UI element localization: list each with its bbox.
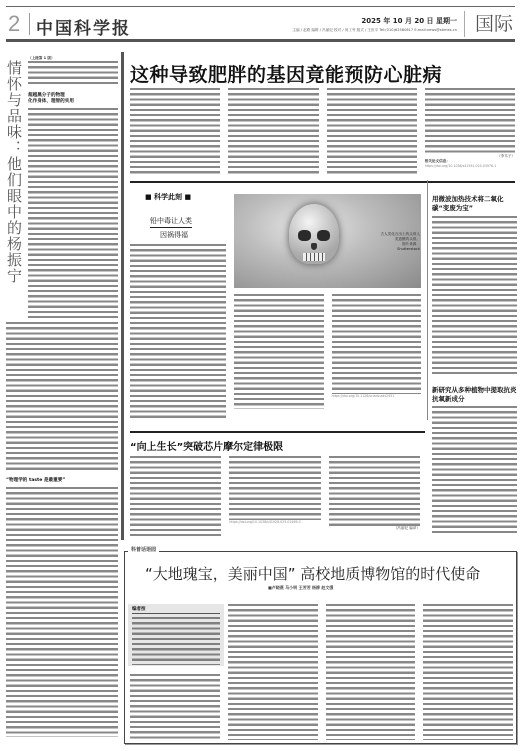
science-moment-body-2: https://doi.org/10.1126/sciadv.adv2451 — [234, 294, 421, 409]
sidebar-headline-1: 用微波加热技术将二氧化碳“变废为宝” — [432, 195, 520, 213]
editor-credits: 主编 / 赵路 编辑 / 冯丽妃 校对 / 何工劳 版式 / 王世平 Tel:(… — [292, 28, 457, 33]
chip-story-body: https://doi.org/10.1038/s41928-025-01469… — [130, 456, 420, 536]
lead-story-body: （李木子） 相关论文信息： https://doi.org/10.1038/s4… — [130, 88, 515, 174]
left-column-body: （上接第 1 版） 超越黑分子的物理 化作身体，理智的实用 — [28, 56, 118, 318]
body-text-block — [28, 108, 118, 318]
story-column — [423, 604, 513, 740]
masthead: 2 中国科学报 2025 年 10 月 20 日 星期一 主编 / 赵路 编辑 … — [6, 6, 515, 42]
body-text-block — [332, 294, 422, 394]
science-moment-tag: ■ 科学此刻 ■ — [145, 192, 191, 202]
story-column — [228, 88, 318, 174]
body-text-block — [229, 456, 320, 520]
sidebar-divider — [427, 180, 428, 420]
feature-box-authors: ■卢晓燕 马小明 王芳芳 杨柳 赵文强 — [268, 585, 333, 591]
body-text-block — [6, 487, 118, 737]
body-text-block — [28, 61, 118, 87]
story-column — [130, 88, 220, 174]
newspaper-logo: 中国科学报 — [36, 14, 131, 39]
photo-caption: 古人类化石出土的头骨人类遗骸的头骨。 图片来源：Shutterstock — [380, 232, 420, 252]
story-column — [234, 294, 324, 409]
body-text-block — [329, 456, 420, 526]
story-column — [228, 604, 318, 740]
page-number: 2 — [8, 13, 20, 35]
skull-image — [289, 204, 339, 264]
feature-box-body — [130, 604, 513, 740]
story-column — [327, 88, 417, 174]
left-column-body-lower: “物理学的 taste 是最重要” — [6, 322, 118, 737]
feature-box-tag: 科普话语园 — [128, 546, 159, 553]
feature-vertical-title: 情怀与品味：他们眼中的杨振宁 — [6, 60, 22, 284]
chip-footer: （冯丽妃 编译） — [329, 526, 420, 531]
skull-eye — [317, 230, 330, 241]
story-column: （冯丽妃 编译） — [329, 456, 420, 536]
skull-eye — [298, 230, 311, 241]
science-doi-link[interactable]: https://doi.org/10.1126/sciadv.adv2451 — [332, 394, 422, 399]
body-text-block — [6, 322, 118, 472]
skull-teeth — [303, 253, 325, 261]
science-moment-title-1: 铅中毒让人类 — [150, 216, 192, 228]
section-divider — [464, 11, 465, 37]
science-moment-body — [130, 244, 226, 420]
body-text-block — [425, 88, 515, 154]
story-column: https://doi.org/10.1126/sciadv.adv2451 — [332, 294, 422, 409]
lead-doi-link[interactable]: https://doi.org/10.1038/s41591-025-03976… — [425, 164, 515, 169]
sidebar-body-1 — [432, 216, 517, 376]
divider-rule — [130, 431, 425, 433]
page-number-divider — [29, 13, 30, 35]
left-subhead-1: 超越黑分子的物理 化作身体，理智的实用 — [28, 93, 118, 105]
story-column: https://doi.org/10.1038/s41928-025-01469… — [229, 456, 320, 536]
left-column-feature: 情怀与品味：他们眼中的杨振宁 （上接第 1 版） 超越黑分子的物理 化作身体，理… — [6, 52, 118, 747]
section-accent-bar — [121, 52, 124, 540]
chip-headline: “向上生长”突破芯片摩尔定律极限 — [130, 438, 283, 453]
story-column: （李木子） 相关论文信息： https://doi.org/10.1038/s4… — [425, 88, 515, 174]
science-moment-title-2: 因祸得福 — [160, 230, 188, 240]
chip-doi-link[interactable]: https://doi.org/10.1038/s41928-025-01469… — [229, 520, 320, 525]
story-column — [326, 604, 416, 740]
feature-box-title: “大地瑰宝，美丽中国” 高校地质博物馆的时代使命 — [145, 563, 524, 584]
skull-nose — [311, 243, 317, 250]
story-column — [130, 456, 221, 536]
issue-date: 2025 年 10 月 20 日 星期一 — [361, 16, 457, 26]
section-name: 国际 — [475, 13, 513, 35]
story-column — [130, 674, 220, 740]
divider-rule — [130, 181, 515, 183]
sidebar-body-2 — [432, 406, 517, 536]
lead-headline: 这种导致肥胖的基因竟能预防心脏病 — [130, 60, 442, 87]
left-subhead-2: “物理学的 taste 是最重要” — [6, 478, 118, 484]
sidebar-headline-2: 新研究从多种植物中提取抗炎抗氧新成分 — [432, 386, 520, 404]
